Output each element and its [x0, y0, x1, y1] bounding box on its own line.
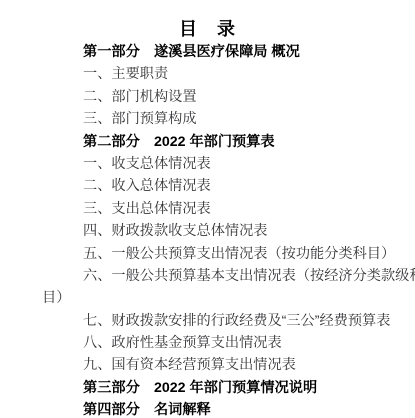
toc-list: 第一部分 遂溪县医疗保障局 概况一、主要职责二、部门机构设置三、部门预算构成第二…	[0, 41, 415, 418]
toc-item: 八、政府性基金预算支出情况表	[42, 332, 389, 354]
toc-item: 六、一般公共预算基本支出情况表（按经济分类款级科	[42, 265, 389, 287]
toc-item: 四、财政拨款收支总体情况表	[42, 220, 389, 242]
toc-item: 七、财政拨款安排的行政经费及“三公”经费预算表	[42, 310, 389, 332]
toc-item: 五、一般公共预算支出情况表（按功能分类科目）	[42, 243, 389, 265]
toc-item: 目）	[42, 287, 389, 309]
toc-item: 二、部门机构设置	[42, 86, 389, 108]
toc-page: 目 录 第一部分 遂溪县医疗保障局 概况一、主要职责二、部门机构设置三、部门预算…	[0, 0, 415, 418]
toc-item: 一、收支总体情况表	[42, 153, 389, 175]
toc-item: 一、主要职责	[42, 63, 389, 85]
toc-item: 二、收入总体情况表	[42, 175, 389, 197]
page-title: 目 录	[0, 18, 415, 41]
toc-section-heading: 第一部分 遂溪县医疗保障局 概况	[42, 41, 389, 63]
toc-section-heading: 第三部分 2022 年部门预算情况说明	[42, 377, 389, 399]
toc-section-heading: 第四部分 名词解释	[42, 399, 389, 418]
toc-item: 三、支出总体情况表	[42, 198, 389, 220]
toc-section-heading: 第二部分 2022 年部门预算表	[42, 131, 389, 153]
toc-item: 九、国有资本经营预算支出情况表	[42, 354, 389, 376]
toc-item: 三、部门预算构成	[42, 108, 389, 130]
